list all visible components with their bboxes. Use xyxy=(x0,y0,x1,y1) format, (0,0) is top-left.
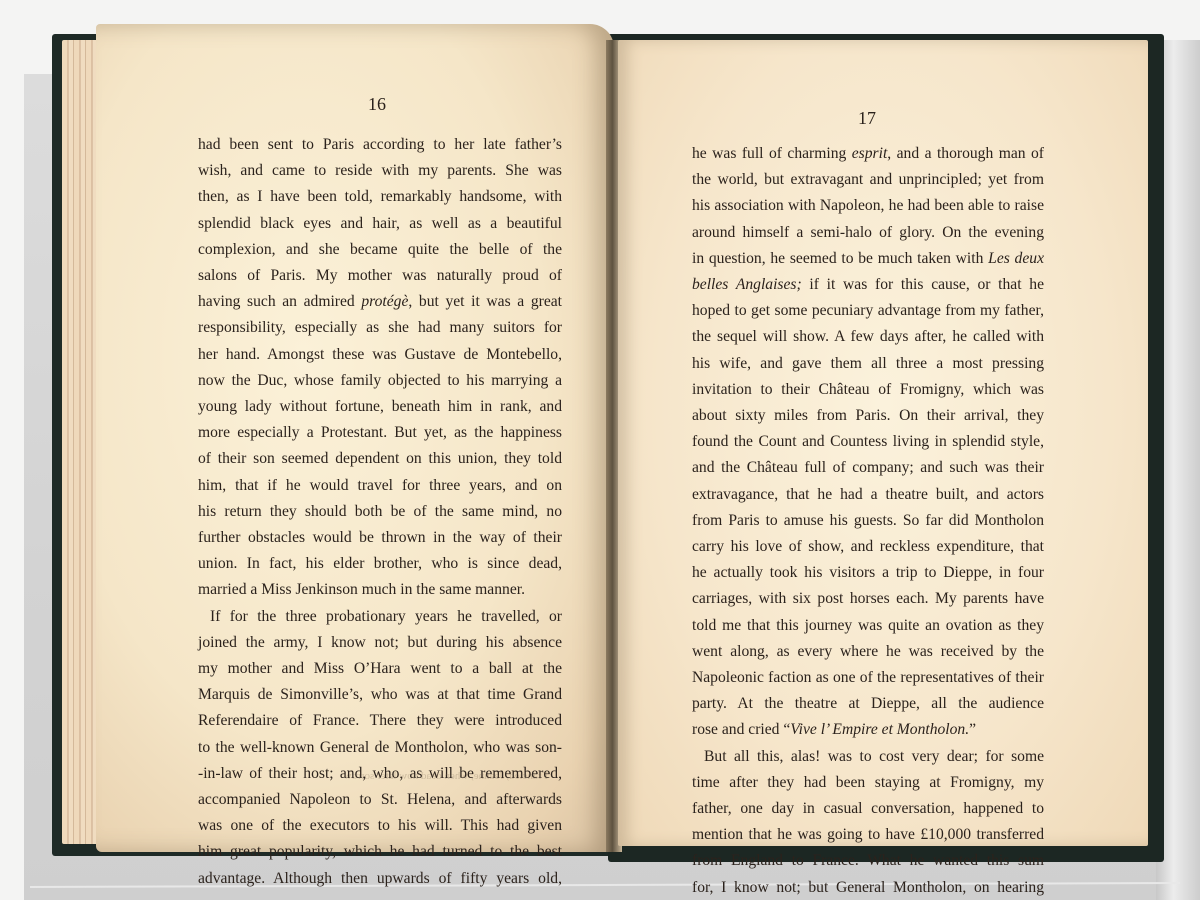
text-line: from England to France. What he wanted t… xyxy=(692,848,1044,874)
text-line: having such an admired protégè, but yet … xyxy=(198,289,562,315)
text-line: wish, and came to reside with my parents… xyxy=(198,158,562,184)
text-line: of their son seemed dependent on this un… xyxy=(198,446,562,472)
text-line: carriages, with six post horses each. My… xyxy=(692,586,1044,612)
text-line: for, I know not; but General Montholon, … xyxy=(692,875,1044,900)
text-line: union. In fact, his elder brother, who i… xyxy=(198,551,562,577)
text-line: belles Anglaises; if it was for this cau… xyxy=(692,272,1044,298)
page-number-left: 16 xyxy=(368,94,386,115)
text-line: now the Duc, whose family objected to hi… xyxy=(198,368,562,394)
text-line: mention that he was going to have £10,00… xyxy=(692,822,1044,848)
text-line: her hand. Amongst these was Gustave de M… xyxy=(198,342,562,368)
text-line: salons of Paris. My mother was naturally… xyxy=(198,263,562,289)
text-line: But all this, alas! was to cost very dea… xyxy=(692,744,1044,770)
text-line: invitation to their Château of Fromigny,… xyxy=(692,377,1044,403)
text-line: joined the army, I know not; but during … xyxy=(198,630,562,656)
left-page: 16 had been sent to Paris according to h… xyxy=(96,24,614,852)
text-line: went along, as every where he was receiv… xyxy=(692,639,1044,665)
text-line: splendid black eyes and hair, as well as… xyxy=(198,211,562,237)
text-line: in question, he seemed to be much taken … xyxy=(692,246,1044,272)
text-line: his wife, and gave them all three a most… xyxy=(692,351,1044,377)
text-line: hoped to get some pecuniary advantage fr… xyxy=(692,298,1044,324)
text-line: further obstacles would be thrown in the… xyxy=(198,525,562,551)
right-page: 17 he was full of charming esprit, and a… xyxy=(618,40,1148,846)
text-line: Napoleonic faction as one of the represe… xyxy=(692,665,1044,691)
text-line: party. At the theatre at Dieppe, all the… xyxy=(692,691,1044,717)
text-line: carry his love of show, and reckless exp… xyxy=(692,534,1044,560)
text-line: Marquis de Simonville’s, who was at that… xyxy=(198,682,562,708)
text-line: rose and cried “Vive l’ Empire et Montho… xyxy=(692,717,1044,743)
text-line: young lady without fortune, beneath him … xyxy=(198,394,562,420)
text-line: the sequel will show. A few days after, … xyxy=(692,324,1044,350)
text-line: him great popularity, which he had turne… xyxy=(198,839,562,865)
text-line: time after they had been staying at From… xyxy=(692,770,1044,796)
text-line: him, that if he would travel for three y… xyxy=(198,473,562,499)
right-page-text: he was full of charming esprit, and a th… xyxy=(692,141,1044,900)
text-line: he actually took his visitors a trip to … xyxy=(692,560,1044,586)
text-line: told me that this journey was quite an o… xyxy=(692,613,1044,639)
text-line: about sixty miles from Paris. On their a… xyxy=(692,403,1044,429)
page-number-right: 17 xyxy=(858,108,876,129)
text-line: then, as I have been told, remarkably ha… xyxy=(198,184,562,210)
text-line: his association with Napoleon, he had be… xyxy=(692,193,1044,219)
text-line: from Paris to amuse his guests. So far d… xyxy=(692,508,1044,534)
text-line: was one of the executors to his will. Th… xyxy=(198,813,562,839)
text-line: his return they should both be of the sa… xyxy=(198,499,562,525)
bleed-through-text: I fancied, Jeanne, when dead now later s… xyxy=(228,770,548,782)
text-line: father, one day in casual conversation, … xyxy=(692,796,1044,822)
text-line: responsibility, especially as she had ma… xyxy=(198,315,562,341)
text-line: found the Count and Countess living in s… xyxy=(692,429,1044,455)
text-line: around himself a semi-halo of glory. On … xyxy=(692,220,1044,246)
text-line: accompanied Napoleon to St. Helena, and … xyxy=(198,787,562,813)
text-line: had been sent to Paris according to her … xyxy=(198,132,562,158)
text-line: advantage. Although then upwards of fift… xyxy=(198,866,562,892)
text-line: married a Miss Jenkinson much in the sam… xyxy=(198,577,562,603)
text-line: If for the three probationary years he t… xyxy=(198,604,562,630)
text-line: Referendaire of France. There they were … xyxy=(198,708,562,734)
text-line: the world, but extravagant and unprincip… xyxy=(692,167,1044,193)
text-line: my mother and Miss O’Hara went to a ball… xyxy=(198,656,562,682)
text-line: more especially a Protestant. But yet, a… xyxy=(198,420,562,446)
text-line: to the well-known General de Montholon, … xyxy=(198,735,562,761)
text-line: extravagance, that he had a theatre buil… xyxy=(692,482,1044,508)
text-line: and the Château full of company; and suc… xyxy=(692,455,1044,481)
text-line: complexion, and she became quite the bel… xyxy=(198,237,562,263)
text-line: he was full of charming esprit, and a th… xyxy=(692,141,1044,167)
